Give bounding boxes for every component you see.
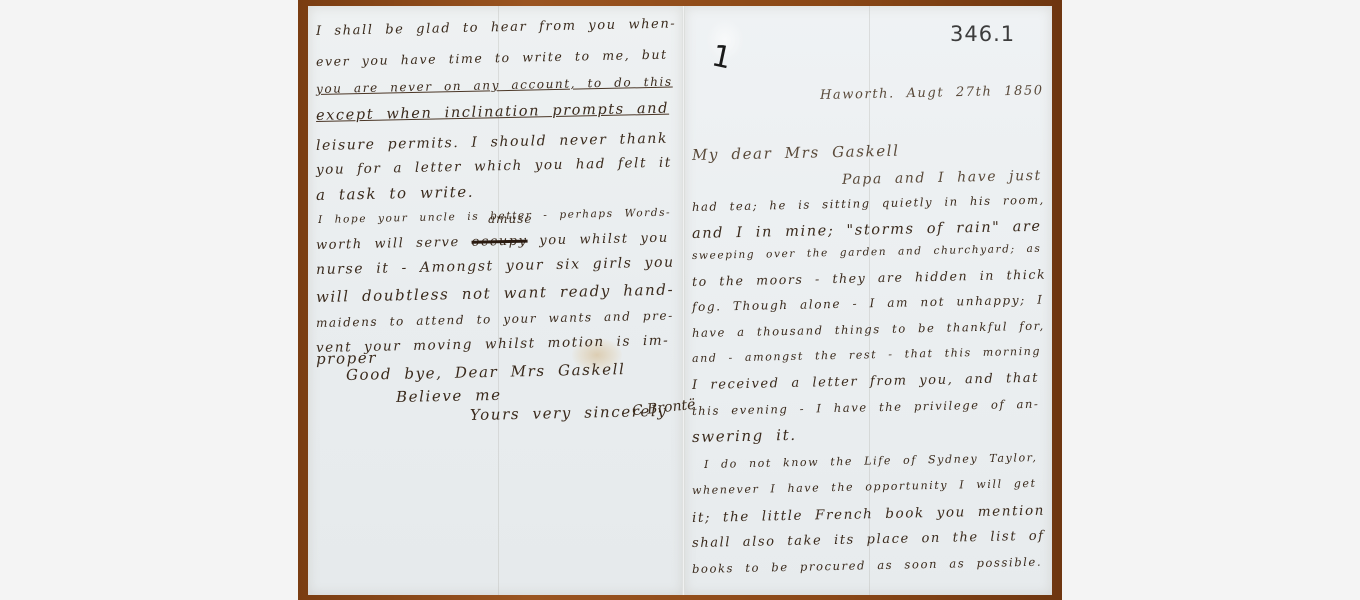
center-fold (682, 6, 685, 595)
catalog-number: 346.1 (950, 22, 1015, 46)
letter-line: swering it. (692, 426, 797, 446)
letter-line-part: worth will serve (316, 235, 460, 253)
struck-word: occupy (471, 234, 527, 250)
closing-believe: Believe me (396, 386, 502, 406)
letter-line-part: you whilst you (539, 231, 669, 249)
inserted-word: amuse (488, 212, 533, 226)
letter-line: a task to write. (316, 183, 474, 204)
